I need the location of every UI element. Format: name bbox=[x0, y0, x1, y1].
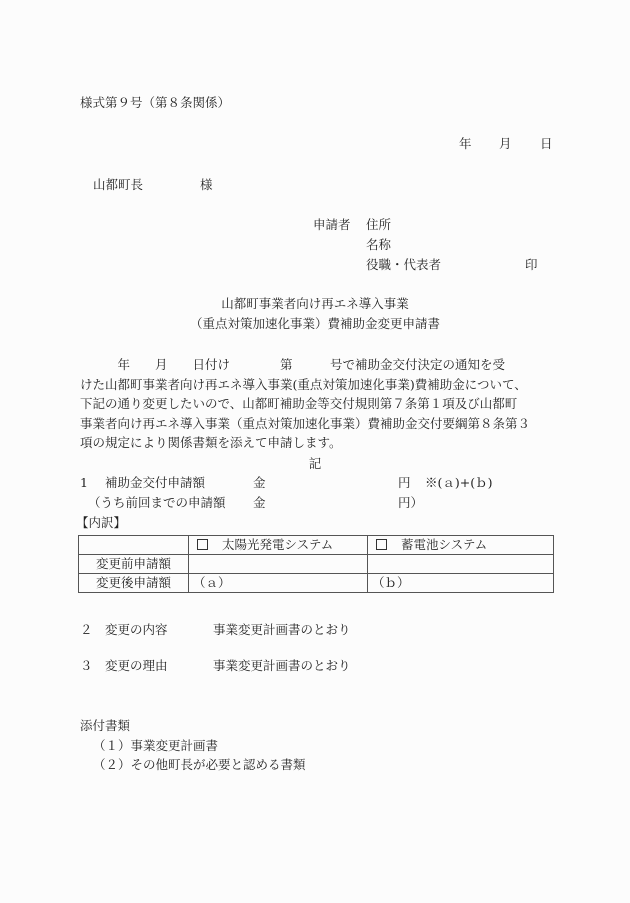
document-title-line2: （重点対策加速化事業）費補助金変更申請書 bbox=[0, 315, 630, 333]
breakdown-title: 【内訳】 bbox=[76, 514, 126, 532]
row-label: 変更後申請額 bbox=[79, 574, 189, 593]
addressee-name: 山都町長 bbox=[93, 177, 143, 192]
header-cell-solar[interactable]: 太陽光発電システム bbox=[189, 536, 368, 555]
solar-before-amount[interactable] bbox=[189, 555, 368, 574]
item1-note: ※(ａ)+(ｂ) bbox=[425, 474, 492, 492]
table-header-row: 太陽光発電システム 蓄電池システム bbox=[79, 536, 554, 555]
item3-label: 変更の理由 bbox=[105, 657, 168, 675]
item1-label: 補助金交付申請額 bbox=[105, 474, 205, 492]
battery-checkbox[interactable] bbox=[376, 539, 387, 550]
battery-label: 蓄電池システム bbox=[401, 537, 487, 552]
item1-prev-kin: 金 bbox=[253, 494, 266, 512]
item2-number: ２ bbox=[80, 621, 93, 639]
item2-label: 変更の内容 bbox=[105, 621, 168, 639]
addressee-honorific: 様 bbox=[200, 176, 213, 194]
item1-kin: 金 bbox=[253, 474, 266, 492]
item2-value: 事業変更計画書のとおり bbox=[213, 621, 351, 639]
applicant-name-label: 名称 bbox=[366, 236, 391, 254]
day-label: 日 bbox=[540, 135, 553, 153]
item1-prev-yen: 円） bbox=[398, 494, 423, 512]
row-label: 変更前申請額 bbox=[79, 555, 189, 574]
item1-number: 1 bbox=[80, 474, 88, 492]
applicant-label: 申請者 bbox=[313, 216, 351, 234]
body-line: 項の規定により関係書類を添えて申請します。 bbox=[80, 433, 555, 453]
attachment-item: （１）事業変更計画書 bbox=[93, 737, 218, 755]
attachment-item: （２）その他町長が必要と認める書類 bbox=[93, 756, 306, 774]
item3-number: ３ bbox=[80, 657, 93, 675]
month-label: 月 bbox=[499, 135, 512, 153]
table-row: 変更前申請額 bbox=[79, 555, 554, 574]
body-line: けた山都町事業者向け再エネ導入事業(重点対策加速化事業)費補助金について、 bbox=[80, 375, 555, 395]
seal-label: 印 bbox=[525, 256, 538, 274]
body-paragraph: 年 月 日付け 第 号で補助金交付決定の通知を受 けた山都町事業者向け再エネ導入… bbox=[80, 355, 555, 453]
item1-yen: 円 bbox=[398, 474, 411, 492]
battery-after-amount[interactable]: （ｂ） bbox=[368, 574, 554, 593]
solar-after-amount[interactable]: （ａ） bbox=[189, 574, 368, 593]
document-title-line1: 山都町事業者向け再エネ導入事業 bbox=[0, 295, 630, 313]
body-line: 年 月 日付け 第 号で補助金交付決定の通知を受 bbox=[80, 355, 555, 375]
body-line: 下記の通り変更したいので、山都町補助金等交付規則第７条第１項及び山都町 bbox=[80, 394, 555, 414]
attachments-title: 添付書類 bbox=[80, 717, 130, 735]
year-label: 年 bbox=[459, 135, 472, 153]
item1-prev-label: （うち前回までの申請額 bbox=[88, 494, 226, 512]
solar-label: 太陽光発電システム bbox=[222, 537, 333, 552]
header-cell-empty bbox=[79, 536, 189, 555]
applicant-representative-label: 役職・代表者 bbox=[366, 256, 441, 274]
battery-before-amount[interactable] bbox=[368, 555, 554, 574]
header-cell-battery[interactable]: 蓄電池システム bbox=[368, 536, 554, 555]
solar-checkbox[interactable] bbox=[197, 539, 208, 550]
table-row: 変更後申請額 （ａ） （ｂ） bbox=[79, 574, 554, 593]
applicant-address-label: 住所 bbox=[366, 216, 391, 234]
form-number: 様式第９号（第８条関係） bbox=[80, 94, 230, 112]
ki-heading: 記 bbox=[0, 455, 630, 473]
body-line: 事業者向け再エネ導入事業（重点対策加速化事業）費補助金交付要綱第８条第３ bbox=[80, 414, 555, 434]
addressee: 山都町長 様 bbox=[93, 176, 143, 194]
breakdown-table: 太陽光発電システム 蓄電池システム 変更前申請額 変更後申請額 （ａ） （ｂ） bbox=[78, 535, 554, 593]
item3-value: 事業変更計画書のとおり bbox=[213, 657, 351, 675]
